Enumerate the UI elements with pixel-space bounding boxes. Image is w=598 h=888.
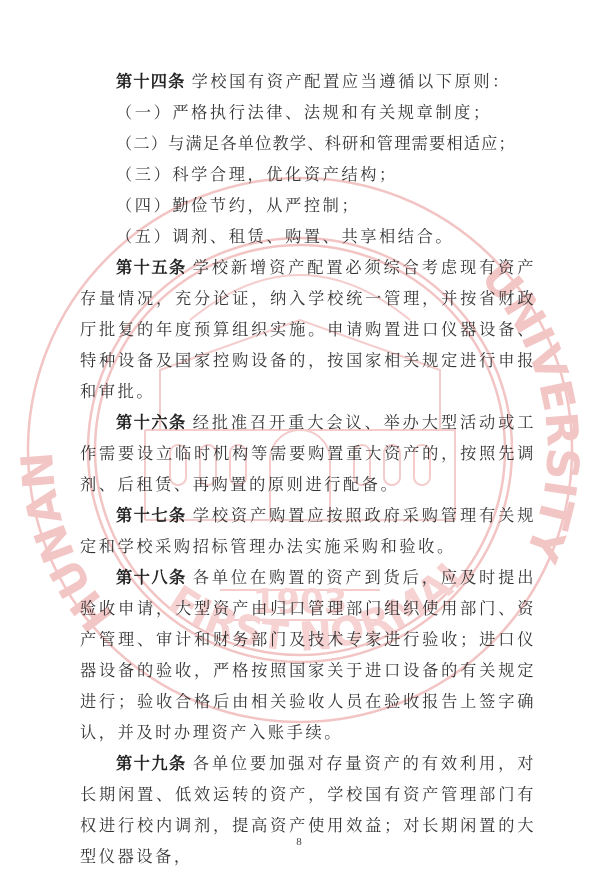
- article-number: 第十四条: [116, 72, 186, 91]
- item-text: （一）严格执行法律、法规和有关规章制度；: [116, 103, 492, 122]
- principle-item-5: （五）调剂、租赁、购置、共享相结合。: [80, 221, 536, 252]
- article-number: 第十七条: [116, 506, 187, 525]
- article-14-heading: 第十四条学校国有资产配置应当遵循以下原则：: [80, 66, 536, 97]
- item-text: （四）勤俭节约，从严控制；: [116, 196, 360, 215]
- article-19: 第十九条各单位要加强对存量资产的有效利用，对长期闲置、低效运转的资产，学校国有资…: [80, 748, 536, 872]
- principle-item-4: （四）勤俭节约，从严控制；: [80, 190, 536, 221]
- article-text: 学校国有资产配置应当遵循以下原则：: [192, 72, 511, 91]
- article-17: 第十七条学校资产购置应按照政府采购管理有关规定和学校采购招标管理办法实施采购和验…: [80, 500, 536, 562]
- page-number: 8: [0, 836, 598, 848]
- article-16: 第十六条经批准召开重大会议、举办大型活动或工作需要设立临时机构等需要购置重大资产…: [80, 407, 536, 500]
- article-15: 第十五条学校新增资产配置必须综合考虑现有资产存量情况，充分论证，纳入学校统一管理…: [80, 252, 536, 407]
- item-text: （二）与满足各单位教学、科研和管理需要相适应；: [116, 134, 516, 153]
- principle-item-1: （一）严格执行法律、法规和有关规章制度；: [80, 97, 536, 128]
- article-number: 第十九条: [116, 754, 187, 773]
- item-text: （五）调剂、租赁、购置、共享相结合。: [116, 227, 454, 246]
- principle-item-2: （二）与满足各单位教学、科研和管理需要相适应；: [80, 128, 536, 159]
- article-number: 第十八条: [116, 568, 187, 587]
- item-text: （三）科学合理，优化资产结构；: [116, 165, 398, 184]
- article-18: 第十八条各单位在购置的资产到货后，应及时提出验收申请，大型资产由归口管理部门组织…: [80, 562, 536, 748]
- article-number: 第十六条: [116, 413, 187, 432]
- article-number: 第十五条: [116, 258, 187, 277]
- article-text: 各单位在购置的资产到货后，应及时提出验收申请，大型资产由归口管理部门组织使用部门…: [80, 568, 536, 742]
- article-text: 学校新增资产配置必须综合考虑现有资产存量情况，充分论证，纳入学校统一管理，并按省…: [80, 258, 536, 401]
- document-body: 第十四条学校国有资产配置应当遵循以下原则： （一）严格执行法律、法规和有关规章制…: [80, 66, 536, 872]
- principle-item-3: （三）科学合理，优化资产结构；: [80, 159, 536, 190]
